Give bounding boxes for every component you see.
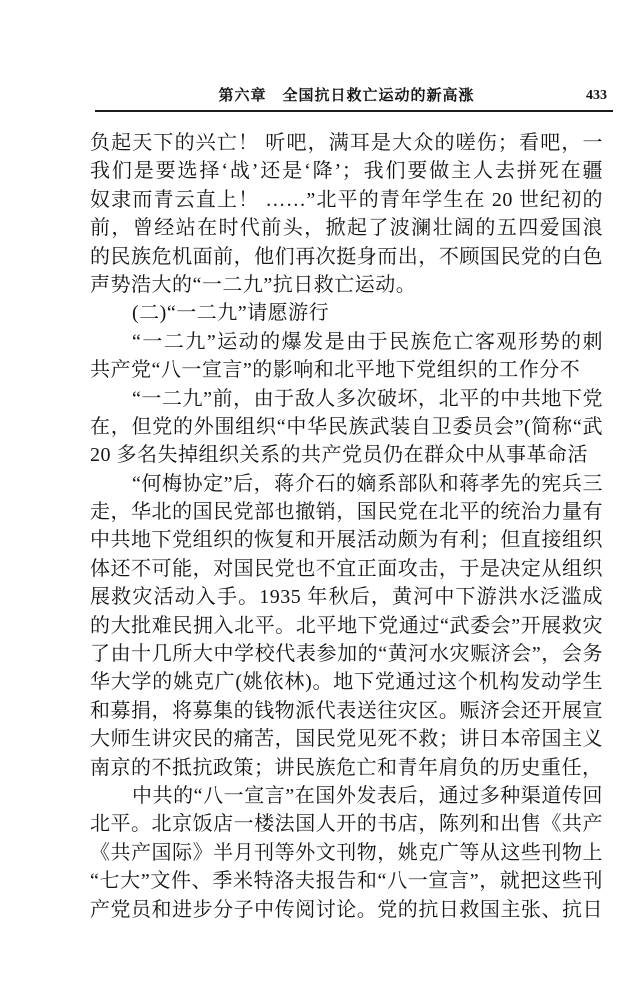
text-line: 大师生讲灾民的痛苦，国民党见死不救；讲日本帝国主义的企图，揭露 <box>90 725 603 753</box>
text-line: 共产党“八一宣言”的影响和北平地下党组织的工作分不开。 <box>90 356 603 384</box>
text-line: 北平。北京饭店一楼法国人开的书店，陈列和出售《共产国际通讯》、 <box>90 810 603 838</box>
text-line: “一二九”前，由于敌人多次破坏，北平的中共地下党组织已不复存 <box>90 385 603 413</box>
text-line: 了由十几所大中学校代表参加的“黄河水灾赈济会”，会务负责人是清 <box>90 640 603 668</box>
text-line: 前，曾经站在时代前头，掀起了波澜壮阔的五四爱国浪潮；在 30 年代新 <box>90 214 603 242</box>
page-body: 负起天下的兴亡！ 听吧，满耳是大众的嗟伤；看吧，一年年国土的沦丧！我们是要选择‘… <box>90 129 603 924</box>
text-line: 声势浩大的“一二九”抗日救亡运动。 <box>90 271 603 299</box>
text-line: 20 多名失掉组织关系的共产党员仍在群众中从事革命活动。 <box>90 441 603 469</box>
text-line: (二)“一二九”请愿游行 <box>90 299 603 327</box>
text-line: 产党员和进步分子中传阅讨论。党的抗日救国主张、抗日民族统一战 <box>90 896 603 924</box>
text-line: 走，华北的国民党部也撤销，国民党在北平的统治力量有所削弱，这对 <box>90 498 603 526</box>
text-line: 和募捐，将募集的钱物派代表送往灾区。赈济会还开展宣传活动，向广 <box>90 697 603 725</box>
text-line: 中共的“八一宣言”在国外发表后，通过多种渠道传回国内，也传到 <box>90 782 603 810</box>
text-line: 体还不可能，对国民党也不宜正面攻击，于是决定从组织灰色团体，开 <box>90 555 603 583</box>
text-line: 负起天下的兴亡！ 听吧，满耳是大众的嗟伤；看吧，一年年国土的沦丧！ <box>90 129 603 157</box>
page-header: 第六章 全国抗日救亡运动的新高涨 433 <box>90 86 603 106</box>
book-page: 第六章 全国抗日救亡运动的新高涨 433 负起天下的兴亡！ 听吧，满耳是大众的嗟… <box>0 0 644 1000</box>
text-line: 南京的不抵抗政策；讲民族危亡和青年肩负的历史重任，等等。 <box>90 754 603 782</box>
text-line: 我们是要选择‘战’还是‘降’；我们要做主人去拼死在疆场；我们不愿做 <box>90 157 603 185</box>
text-line: “一二九”运动的爆发是由于民族危亡客观形势的刺激，也与中国 <box>90 328 603 356</box>
page-number: 433 <box>586 86 607 106</box>
text-line: 在，但党的外围组织“中华民族武装自卫委员会”(简称“武委会”)还在， <box>90 413 603 441</box>
text-line: 华大学的姚克广(姚依林)。地下党通过这个机构发动学生义卖、义演 <box>90 668 603 696</box>
text-line: 的民族危机面前，他们再次挺身而出，不顾国民党的白色恐怖，发起了 <box>90 243 603 271</box>
text-line: 《共产国际》半月刊等外文刊物，姚克广等从这些刊物上看到共产国际 <box>90 839 603 867</box>
header-rule <box>95 110 613 112</box>
text-line: 的大批难民拥入北平。北平地下党通过“武委会”开展救灾活动，成立 <box>90 612 603 640</box>
chapter-title: 第六章 全国抗日救亡运动的新高涨 <box>90 86 603 106</box>
text-line: 奴隶而青云直上！ ……”北平的青年学生在 20 世纪初的民族危机面 <box>90 186 603 214</box>
text-line: 中共地下党组织的恢复和开展活动颇为有利；但直接组织抗日革命团 <box>90 526 603 554</box>
text-line: 展救灾活动入手。1935 年秋后，黄河中下游洪水泛滥成灾，河南、山东 <box>90 583 603 611</box>
text-line: “七大”文件、季米特洛夫报告和“八一宣言”，就把这些刊物买回后在共 <box>90 867 603 895</box>
text-line: “何梅协定”后，蒋介石的嫡系部队和蒋孝先的宪兵三团从华北撤 <box>90 470 603 498</box>
